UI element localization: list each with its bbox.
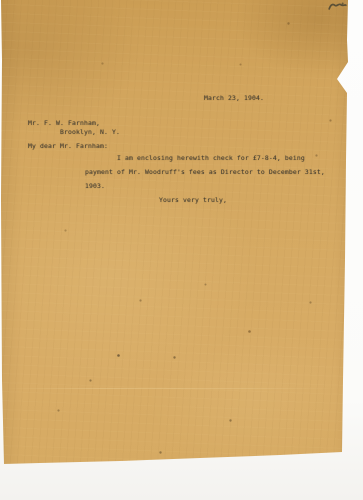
recipient-city-line: Brooklyn, N. Y. (60, 128, 120, 137)
recipient-name-line: Mr. F. W. Farnham, (28, 119, 100, 128)
ink-smudge-mark (327, 0, 348, 14)
paper-fold-line (4, 388, 338, 389)
body-line-3: 1903. (85, 182, 105, 191)
salutation-line: My dear Mr. Farnham: (28, 142, 108, 151)
letter-date: March 23, 1904. (204, 94, 264, 103)
paper-specks (0, 0, 1, 1)
closing-line: Yours very truly, (159, 196, 227, 205)
scanned-letter-page: March 23, 1904. Mr. F. W. Farnham, Brook… (0, 0, 363, 500)
letter-paper: March 23, 1904. Mr. F. W. Farnham, Brook… (0, 0, 363, 500)
body-line-2: payment of Mr. Woodruff's fees as Direct… (85, 168, 325, 177)
paper-grain-texture (0, 0, 363, 500)
body-line-1: I am enclosing herewith check for £7-8-4… (117, 154, 305, 163)
